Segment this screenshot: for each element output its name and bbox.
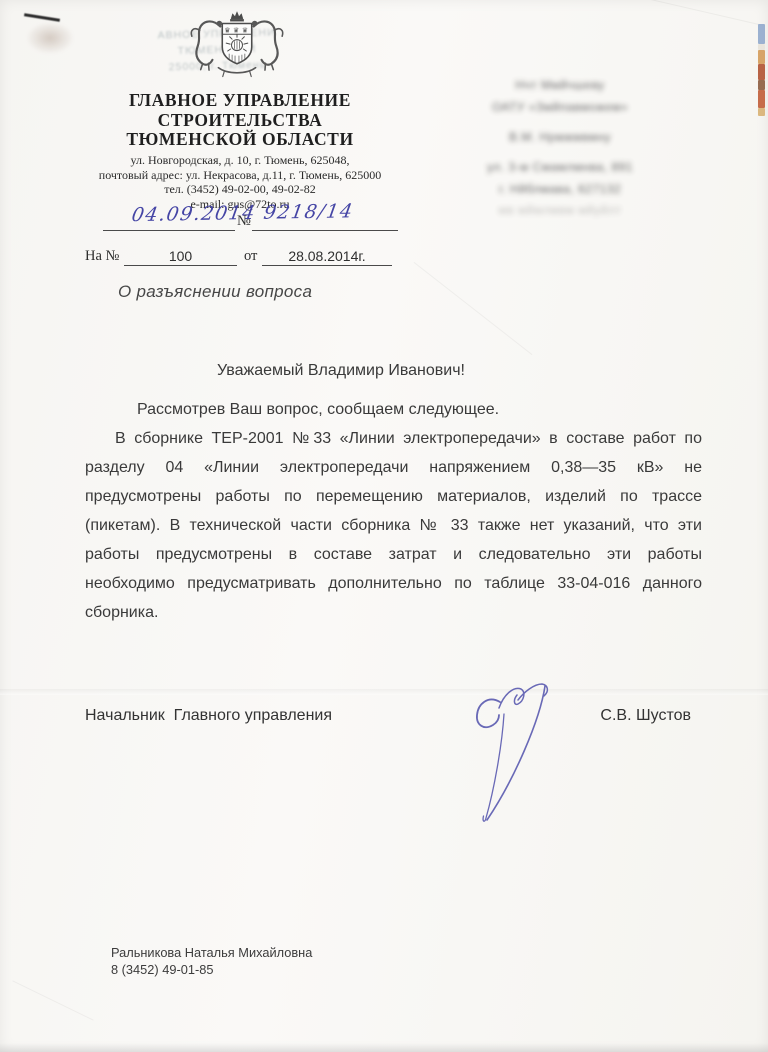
crease-line	[12, 980, 93, 1020]
body-line: сборника.	[85, 598, 702, 627]
org-name-line: СТРОИТЕЛЬСТВА	[58, 111, 422, 131]
executor-name: Ральникова Наталья Михайловна	[111, 944, 312, 961]
salutation: Уважаемый Владимир Иванович!	[85, 362, 597, 380]
body-line: работы предусмотрены в составе затрат и …	[85, 540, 702, 569]
handwritten-signature	[466, 662, 560, 834]
recipient-line-redacted: г. Нйблмава, 627132	[462, 182, 658, 196]
adjacent-paper-edge-segment	[758, 64, 765, 80]
org-phone-line: тел. (3452) 49-02-00, 49-02-82	[48, 182, 432, 197]
crease-line	[598, 0, 764, 26]
scanned-letter-page: АВНОЕ УПРАВЛЕНИ ТЮМЕНСКОЙ 25000, г. Тюме…	[0, 0, 768, 1052]
date-underline	[103, 230, 235, 231]
org-postal-line: почтовый адрес: ул. Некрасова, д.11, г. …	[48, 168, 432, 183]
adjacent-paper-edge	[758, 24, 765, 116]
fold-shadow	[0, 689, 768, 695]
body-paragraph-1: Рассмотрев Ваш вопрос, сообщаем следующе…	[85, 395, 702, 424]
adjacent-paper-edge-segment	[758, 80, 765, 90]
org-address-line: ул. Новгородская, д. 10, г. Тюмень, 6250…	[48, 153, 432, 168]
signoff-position: Начальник Главного управления	[85, 707, 332, 725]
svg-text:♛: ♛	[233, 26, 239, 34]
incoming-date: 28.08.2014г.	[262, 248, 392, 264]
adjacent-paper-edge-segment	[758, 50, 765, 64]
from-label: от	[244, 248, 257, 265]
smudge-artifact	[26, 22, 74, 54]
org-name: ГЛАВНОЕ УПРАВЛЕНИЕ СТРОИТЕЛЬСТВА ТЮМЕНСК…	[58, 91, 422, 150]
incoming-number-underline	[124, 265, 237, 266]
executor-block: Ральникова Наталья Михайловна 8 (3452) 4…	[111, 944, 312, 978]
incoming-number: 100	[124, 248, 237, 264]
org-name-line: ГЛАВНОЕ УПРАВЛЕНИЕ	[58, 91, 422, 111]
recipient-block-redacted: Нчт Ммйчшеву ОАТУ «Змйпавможем» В.М. Нрм…	[462, 78, 658, 217]
recipient-line-redacted: ул. 3-м Смамлмнва, 891	[462, 160, 658, 174]
executor-phone: 8 (3452) 49-01-85	[111, 961, 312, 978]
outgoing-number-handwritten: 9218/14	[262, 200, 355, 224]
number-sign-label: №	[237, 213, 251, 230]
recipient-line-redacted: мв мймлмвм мйуйлт	[462, 203, 658, 217]
org-name-line: ТЮМЕНСКОЙ ОБЛАСТИ	[58, 130, 422, 150]
pen-mark-artifact	[24, 13, 60, 22]
letter-body: Рассмотрев Ваш вопрос, сообщаем следующе…	[85, 395, 702, 627]
subject-line: О разъяснении вопроса	[118, 282, 312, 302]
signoff-row: Начальник Главного управления С.В. Шусто…	[85, 707, 691, 725]
tyumen-coat-of-arms-icon: ♛ ♛ ♛	[183, 8, 291, 92]
recipient-line-redacted: В.М. Нрмжмвмну	[462, 130, 658, 144]
adjacent-paper-edge-segment	[758, 90, 765, 108]
body-line: разделу 04 «Линии электропередачи напряж…	[85, 453, 702, 482]
signoff-name: С.В. Шустов	[600, 707, 691, 725]
body-line: (пикетам). В технической части сборника …	[85, 511, 702, 540]
recipient-line-redacted: Нчт Ммйчшеву	[462, 78, 658, 92]
svg-text:♛: ♛	[224, 26, 230, 34]
number-underline	[252, 230, 398, 231]
adjacent-paper-edge-segment	[758, 108, 765, 116]
svg-text:♛: ♛	[242, 26, 248, 34]
body-line: В сборнике ТЕР-2001 №33 «Линии электропе…	[85, 424, 702, 453]
adjacent-paper-edge-segment	[758, 24, 765, 44]
incoming-date-underline	[262, 265, 392, 266]
scan-edge-shadow	[0, 1043, 768, 1052]
recipient-line-redacted: ОАТУ «Змйпавможем»	[462, 100, 658, 114]
body-line: необходимо предусматривать дополнительно…	[85, 569, 702, 598]
incoming-ref-label: На №	[85, 248, 119, 265]
body-line: предусмотрены работы по перемещению мате…	[85, 482, 702, 511]
crease-line	[414, 262, 533, 355]
